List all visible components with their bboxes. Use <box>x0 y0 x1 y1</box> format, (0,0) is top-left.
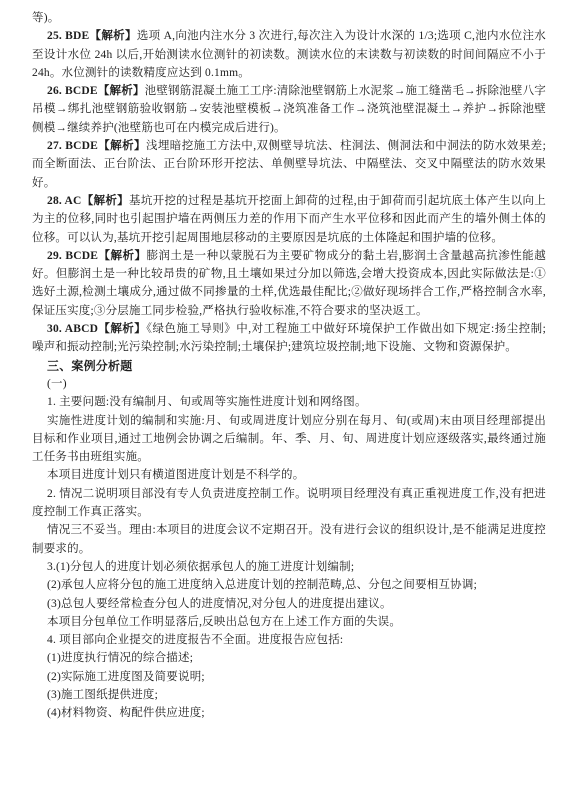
case-paragraph-3: 本项目进度计划只有横道图进度计划是不科学的。 <box>32 466 546 484</box>
analysis-tag: 【解析】 <box>82 195 129 207</box>
case-one-label: (一) <box>32 375 546 393</box>
answer-number-letters: 28. AC <box>47 195 82 207</box>
answer-item-26: 26. BCDE【解析】池壁钢筋混凝土施工工序:清除池壁钢筋上水泥浆→施工缝凿毛… <box>32 82 546 137</box>
case-paragraph-8: (3)总包人要经常检查分包人的进度情况,对分包人的进度提出建议。 <box>32 595 546 613</box>
case-paragraph-11: (1)进度执行情况的综合描述; <box>32 649 546 667</box>
case-paragraph-1: 1. 主要问题:没有编制月、旬或周等实施性进度计划和网络图。 <box>32 393 546 411</box>
case-analysis-answer-list: 1. 主要问题:没有编制月、旬或周等实施性进度计划和网络图。实施性进度计划的编制… <box>32 393 546 722</box>
case-paragraph-7: (2)承包人应将分包的施工进度纳入总进度计划的控制范畴,总、分包之间要相互协调; <box>32 576 546 594</box>
document-page: 等)。 25. BDE【解析】选项 A,向池内注水分 3 次进行,每次注入为设计… <box>0 0 580 787</box>
case-paragraph-10: 4. 项目部向企业提交的进度报告不全面。进度报告应包括: <box>32 631 546 649</box>
case-paragraph-5: 情况三不妥当。理由:本项目的进度会议不定期召开。没有进行会议的组织设计,是不能满… <box>32 521 546 558</box>
answer-number-letters: 27. BCDE <box>47 140 98 152</box>
answer-item-25: 25. BDE【解析】选项 A,向池内注水分 3 次进行,每次注入为设计水深的 … <box>32 27 546 82</box>
answer-item-28: 28. AC【解析】基坑开挖的过程是基坑开挖面上卸荷的过程,由于卸荷而引起坑底土… <box>32 192 546 247</box>
case-paragraph-12: (2)实际施工进度图及简要说明; <box>32 668 546 686</box>
analysis-tag: 【解析】 <box>98 85 145 97</box>
continuation-fragment: 等)。 <box>32 9 546 27</box>
answer-item-29: 29. BCDE【解析】膨润土是一种以蒙脱石为主要矿物成分的黏土岩,膨润土含量越… <box>32 247 546 320</box>
answer-number-letters: 29. BCDE <box>47 250 98 262</box>
analysis-tag: 【解析】 <box>98 140 146 152</box>
answer-item-30: 30. ABCD【解析】《绿色施工导则》中,对工程施工中做好环境保护工作做出如下… <box>32 320 546 357</box>
answer-number-letters: 25. BDE <box>47 30 89 42</box>
analysis-tag: 【解析】 <box>89 30 136 42</box>
analysis-tag: 【解析】 <box>98 250 146 262</box>
case-paragraph-14: (4)材料物资、构配件供应进度; <box>32 704 546 722</box>
answer-number-letters: 26. BCDE <box>47 85 98 97</box>
answer-number-letters: 30. ABCD <box>47 323 98 335</box>
case-paragraph-4: 2. 情况二说明项目部没有专人负责进度控制工作。说明项目经理没有真正重视进度工作… <box>32 485 546 522</box>
analysis-tag: 【解析】 <box>98 323 146 335</box>
case-paragraph-9: 本项目分包单位工作明显落后,反映出总包方在上述工作方面的失误。 <box>32 613 546 631</box>
case-paragraph-6: 3.(1)分包人的进度计划必须依据承包人的施工进度计划编制; <box>32 558 546 576</box>
case-paragraph-2: 实施性进度计划的编制和实施:月、旬或周进度计划应分别在每月、旬(或周)末由项目经… <box>32 412 546 467</box>
answer-item-27: 27. BCDE【解析】浅埋暗挖施工方法中,双侧壁导坑法、柱洞法、侧洞法和中洞法… <box>32 137 546 192</box>
case-paragraph-13: (3)施工图纸提供进度; <box>32 686 546 704</box>
section-heading-case-analysis: 三、案例分析题 <box>32 357 546 375</box>
answer-explanations-list: 25. BDE【解析】选项 A,向池内注水分 3 次进行,每次注入为设计水深的 … <box>32 27 546 356</box>
